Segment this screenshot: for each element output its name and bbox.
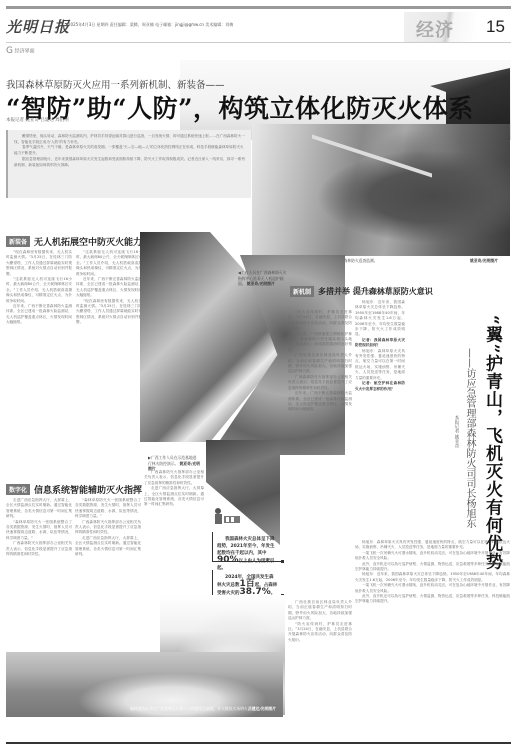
body-paragraph: “防火宣传到村，护林员走进林区。”3月24日，在融安县，上坑县联合开展森林防火宣… (288, 622, 352, 644)
interview-title: “翼”护青山，飞机灭火有何优势 (480, 315, 505, 571)
body-paragraph: 广西壮族自治区林业局负责人介绍，当前正值春耕生产和清明祭扫时期，野外用火风险加大… (288, 353, 352, 375)
stat-box-2024: 2024年，全国共发生森林火灾总数1百起，占森林受害火灾的38.7%。 （姚亚奇… (212, 570, 282, 596)
section-heading-new-equipment: 新装备 无人机拓展空中防灭火能力 (6, 235, 142, 248)
page-number: 15 (486, 17, 505, 37)
interview-answer: 杨旭东：森林草原火灾具有突发性强、蔓延速度快的特点，航空力量可以在第一时间抵达火… (355, 349, 405, 381)
stat-highlight: 90% (217, 555, 239, 565)
interview-answer: 此外，直升机还可以执行巡护侦察、火情监测、物资运送、应急救援等多种任务，科技赋能… (355, 562, 510, 573)
interview-answer: 杨旭东：森林草原火灾具有突发性强、蔓延速度快的特点，航空力量可以在第一时间抵达火… (355, 540, 510, 551)
section-badge: 新机制 (290, 286, 314, 297)
section-badge: 新装备 (6, 236, 30, 247)
interview-byline: 本报记者 姚亚奇 (453, 415, 459, 448)
drill-photo-credit: 吕建达/光明图片 (248, 706, 276, 712)
body-paragraph: “现在森林里有数据传来，无人机实时监测火情。”3月25日，在桂林三门防火瞭望塔，… (76, 299, 142, 326)
masthead: 光明日报 2025年4月3日 星期四 责任编辑：梁腾、周亚楠 电子邮箱：jing… (6, 12, 511, 40)
body-paragraph: 广西森林防灭火指挥部办公室相关负责人表示，信息化手段显著提升了应急指挥的精准性和… (6, 541, 72, 557)
control-caption-credit: 姚亚奇/光明图片 (247, 281, 275, 286)
section-body-column: 广西壮族自治区林业局负责人介绍，当前正值春耕生产和清明祭扫时期，野外用火风险加大… (288, 600, 352, 720)
section-heading-digital: 数字化 信息系统智能辅助灭火指挥 (6, 483, 142, 496)
body-paragraph: 走进广西应急指挥大厅，大屏幕上，全区火情监测点位实时刷新。通过智能化管理系统，各… (144, 486, 204, 508)
body-paragraph: 近年来，广西不断完善森林防火监测体系，全区已建成一批森林火险监测站，无人机巡护覆… (6, 304, 72, 326)
body-paragraph: 近年来，广西不断完善森林防火监测体系，全区已建成一批森林火险监测站，无人机巡护覆… (76, 277, 142, 299)
lead-paragraph: 瞭望塔里，镜头转动，森林防火监测站内，护林员手持望远镜对群山进行巡查，一旦发现火… (14, 134, 245, 145)
interview-continued: 杨旭东：森林草原火灾具有突发性强、蔓延速度快的特点，航空力量可以在第一时间抵达火… (355, 540, 510, 720)
section-body-column: “这款系留无人机可连续飞行16小时，最大载荷80公斤，全天候保障林区安全。”工作… (76, 250, 142, 465)
interview-label: 专家访谈 (364, 288, 392, 296)
article-headline: “智防”助“人防”，构筑立体化防灭火体系 (6, 89, 474, 125)
railing-shape (312, 135, 432, 256)
lead-paragraph: 春季气温回升，天气干燥，是森林草原火灾的高发期。一张覆盖‘天—空—地—人’的立体… (14, 145, 245, 156)
body-paragraph: 近年来，广西不断完善森林防火监测体系，全区已建成一批森林火险监测站，无人机巡护覆… (288, 391, 352, 413)
section-body-column: “现在森林里有数据传来，无人机实时监测火情。”3月25日，在桂林三门防火瞭望塔，… (6, 250, 72, 465)
body-paragraph: 广西壮族自治区林业局负责人介绍，当前正值春耕生产和清明祭扫时期，野外用火风险加大… (288, 600, 352, 622)
issue-meta: 2025年4月3日 星期四 责任编辑：梁腾、周亚楠 电子邮箱：jingji@gm… (68, 22, 233, 28)
stat-box-cause: 我国森林火灾总体呈下降趋势，2021年至今，年发生起数均在千起以内，其中90%以… (212, 532, 282, 562)
lead-paragraph: 据应急管理部统计，近年来我国森林草原火灾发生起数和受害面积持续下降，防灭火工作取… (14, 157, 245, 168)
body-paragraph: “这款系留无人机可连续飞行16小时，最大载荷80公斤，全天候保障林区安全。”工作… (76, 250, 142, 277)
interview-g-icon: G (353, 284, 362, 297)
body-paragraph: “现在森林里有数据传来，无人机实时监测火情。”3月25日，在桂林三门防火瞭望塔，… (6, 250, 72, 277)
box-arrow-icon (281, 560, 284, 563)
interview-answer: 此外，直升机还可以执行巡护侦察、火情监测、物资运送、应急救援等多种任务，科技赋能… (355, 594, 510, 605)
bottom-rule (6, 742, 511, 744)
firefighter-icon (212, 507, 242, 529)
stat-text-before: 我国森林火灾总体呈下降趋势，2021年至今，年发生起数均在千起以内，其中 (217, 537, 275, 556)
body-paragraph: 近年来，广西探索建立网格化护林机制，将森林防火责任落实到山头地块、落实到人，形成… (288, 332, 352, 354)
column-label: 经济界面 (15, 49, 35, 55)
interview-answer: 杨旭东：近年来，我国森林草原火灾总体呈下降趋势。1950年至1988年40年间，… (355, 300, 405, 338)
section-body-column: 广西森林防灭火指挥部办公室相关负责人表示，信息化手段显著提升了应急指挥的精准性和… (144, 470, 204, 590)
section-title: 无人机拓展空中防灭火能力 (34, 235, 142, 248)
interview-answer: 一架飞机一次吊桶灭火可洒水数吨，直升机机动灵活，可在复杂山地环境中开展作业，有效… (355, 583, 510, 594)
body-paragraph: “防火宣传到村，护林员走进林区。”3月24日，在融安县，上坑县联合开展森林防火宣… (288, 310, 352, 332)
section-name: 经济 (416, 16, 454, 42)
interview-answer: 一架飞机一次吊桶灭火可洒水数吨，直升机机动灵活，可在复杂山地环境中开展作业，有效… (355, 551, 510, 562)
interview-tag: G 专家访谈 (353, 284, 392, 297)
interview-question: 记者：我国森林草原火灾防控现状如何？ (355, 338, 405, 349)
section-body-column: 走进广西应急指挥大厅，大屏幕上，全区火情监测点位实时刷新。通过智能化管理系统，各… (6, 498, 72, 648)
ranger-binoculars-photo (252, 124, 510, 256)
body-paragraph: “这款系留无人机可连续飞行16小时，最大载荷80公斤，全天候保障林区安全。”工作… (6, 277, 72, 304)
column-tag: G 经济界面 (6, 46, 35, 56)
body-paragraph: 走进广西应急指挥大厅，大屏幕上，全区火情监测点位实时刷新。通过智能化管理系统，各… (6, 498, 72, 520)
interview-question: 记者：航空护林在森林防灭火中发挥怎样的作用？ (355, 381, 405, 392)
body-paragraph: 广西森林防灭火指挥部办公室相关负责人表示，信息化手段显著提升了应急指挥的精准性和… (288, 375, 352, 391)
lead-paragraph-box: 瞭望塔里，镜头转动，森林防火监测站内，护林员手持望远镜对群山进行巡查，一旦发现火… (6, 130, 251, 198)
body-paragraph: 走进广西应急指挥大厅，大屏幕上，全区火情监测点位实时刷新。通过智能化管理系统，各… (75, 536, 141, 558)
header-divider (6, 42, 511, 43)
interview-answer: 杨旭东：近年来，我国森林草原火灾总体呈下降趋势。1950年至1988年40年间，… (355, 572, 510, 583)
column-g-icon: G (6, 46, 13, 56)
body-paragraph: 广西森林防灭火指挥部办公室相关负责人表示，信息化手段显著提升了应急指挥的精准性和… (75, 520, 141, 536)
body-paragraph: “森林草原防灭火一张图系统整合了各类数据资源，发生火情时，指挥人员可快速掌握周边… (75, 498, 141, 520)
section-body-column: “森林草原防灭火一张图系统整合了各类数据资源，发生火情时，指挥人员可快速掌握周边… (75, 498, 141, 648)
article-byline: 本报记者 姚亚奇 吕建达 周伯州 (6, 117, 69, 123)
section-badge: 数字化 (6, 484, 30, 495)
interview-body-column: 杨旭东：近年来，我国森林草原火灾总体呈下降趋势。1950年至1988年40年间，… (355, 300, 405, 540)
top-rule (6, 6, 511, 9)
control-room-caption: ◀工作人员在广西森林防灭火指挥中心监看无人机巡护画面。 姚亚奇/光明图片 (238, 270, 288, 287)
drill-photo-caption: 森林消防队员在广西某林区开展灭火救援综合演练，扑灭模拟火场明火。 (130, 706, 252, 712)
firefighters-photo (206, 440, 280, 545)
stat-text: 我国森林火灾总体呈下降趋势，2021年至今，年发生起数均在千起以内，其中90%以… (217, 536, 278, 572)
interview-subtitle: ——访应急管理部森林防火司司长杨旭东 (462, 348, 477, 528)
section-title: 信息系统智能辅助灭火指挥 (34, 483, 142, 496)
body-paragraph: “森林草原防灭火一张图系统整合了各类数据资源，发生火情时，指挥人员可快速掌握周边… (6, 520, 72, 542)
newspaper-logo: 光明日报 (6, 16, 70, 37)
main-photo-credit: 姚亚奇/光明图片 (470, 258, 498, 264)
body-paragraph: 广西森林防灭火指挥部办公室相关负责人表示，信息化手段显著提升了应急指挥的精准性和… (144, 470, 204, 486)
section-body-column: “防火宣传到村，护林员走进林区。”3月24日，在融安县，上坑县联合开展森林防火宣… (288, 310, 352, 600)
